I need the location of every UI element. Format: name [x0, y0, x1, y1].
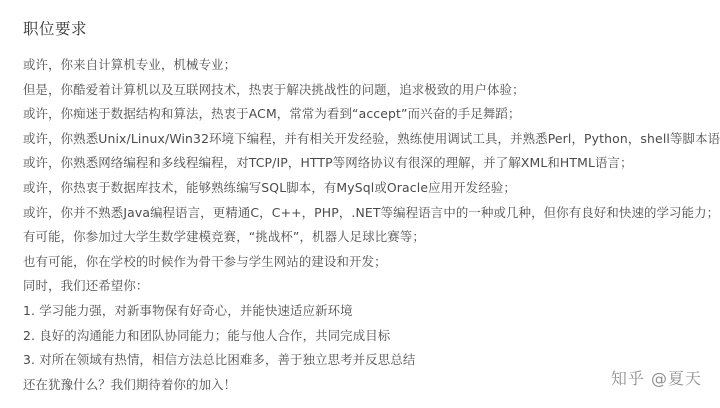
requirement-line: 或许，你熟悉Unix/Linux/Win32环境下编程，并有相关开发经验，熟练使… — [23, 127, 720, 152]
expectation-item: 2. 良好的沟通能力和团队协同能力；能与他人合作，共同完成目标 — [23, 324, 720, 349]
requirement-line: 或许，你熟悉网络编程和多线程编程，对TCP/IP，HTTP等网络协议有很深的理解… — [23, 151, 720, 176]
requirement-line: 或许，你来自计算机专业，机械专业； — [23, 53, 720, 78]
expectation-item: 1. 学习能力强，对新事物保有好奇心，并能快速适应新环境 — [23, 299, 720, 324]
requirement-line: 或许，你并不熟悉Java编程语言，更精通C，C++，PHP，.NET等编程语言中… — [23, 201, 720, 226]
zhihu-watermark: 知乎 @夏天 — [611, 366, 702, 389]
expectations-heading: 同时，我们还希望你： — [23, 274, 720, 299]
section-title: 职位要求 — [23, 17, 87, 39]
requirement-line: 或许，你痴迷于数据结构和算法，热衷于ACM，常常为看到“accept”而兴奋的手… — [23, 102, 720, 127]
requirement-line: 有可能，你参加过大学生数学建模竞赛，“挑战杯”，机器人足球比赛等； — [23, 225, 720, 250]
requirement-line: 但是，你酷爱着计算机以及互联网技术，热衷于解决挑战性的问题，追求极致的用户体验； — [23, 78, 720, 103]
requirement-line: 也有可能，你在学校的时候作为骨干参与学生网站的建设和开发； — [23, 250, 720, 275]
requirement-line: 或许，你热衷于数据库技术，能够熟练编写SQL脚本，有MySql或Oracle应用… — [23, 176, 720, 201]
requirements-list: 或许，你来自计算机专业，机械专业； 但是，你酷爱着计算机以及互联网技术，热衷于解… — [23, 53, 720, 397]
